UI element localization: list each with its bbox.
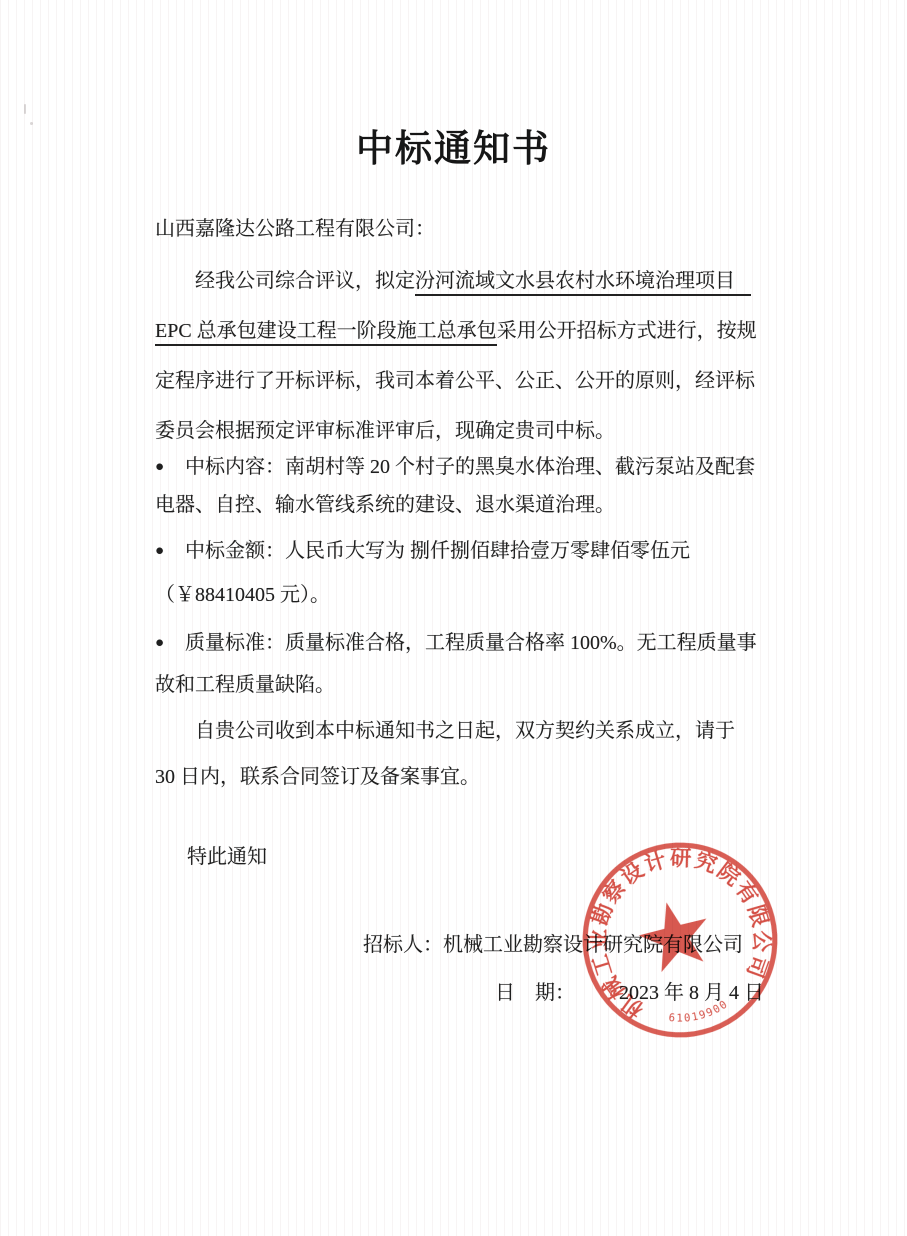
para1-line2-rest: 采用公开招标方式进行，按规 bbox=[497, 320, 757, 342]
bullet-quality-text: 质量标准：质量标准合格，工程质量合格率 100%。无工程质量事 bbox=[185, 632, 757, 654]
bullet-icon: ● bbox=[155, 628, 185, 658]
underlined-project-name: 汾河流域文水县农村水环境治理项目 bbox=[415, 270, 751, 296]
bullet-content-text: 中标内容：南胡村等 20 个村子的黑臭水体治理、截污泵站及配套 bbox=[185, 456, 755, 478]
document-page: 中标通知书 山西嘉隆达公路工程有限公司： 经我公司综合评议，拟定汾河流域文水县农… bbox=[0, 0, 907, 1236]
date-line: 日 期：2023 年 8 月 4 日 bbox=[495, 978, 764, 1008]
recipient-line: 山西嘉隆达公路工程有限公司： bbox=[155, 214, 435, 244]
bullet-amount-line2: （￥88410405 元）。 bbox=[155, 580, 330, 610]
para1-line2: EPC 总承包建设工程一阶段施工总承包采用公开招标方式进行，按规 bbox=[155, 316, 757, 346]
bullet-amount-text: 中标金额：人民币大写为 捌仟捌佰肆拾壹万零肆佰零伍元 bbox=[185, 540, 690, 562]
signer-label: 招标人： bbox=[363, 934, 443, 956]
bullet-content-line2: 电器、自控、输水管线系统的建设、退水渠道治理。 bbox=[155, 490, 615, 520]
date-label: 日 期： bbox=[495, 982, 575, 1004]
para1-lead: 经我公司综合评议，拟定 bbox=[195, 270, 415, 292]
scan-artifact bbox=[24, 104, 26, 114]
para2-line1: 自贵公司收到本中标通知书之日起，双方契约关系成立，请于 bbox=[155, 716, 735, 746]
para1-line3: 定程序进行了开标评标，我司本着公平、公正、公开的原则，经评标 bbox=[155, 366, 755, 396]
document-title: 中标通知书 bbox=[0, 118, 907, 172]
underlined-package-name: EPC 总承包建设工程一阶段施工总承包 bbox=[155, 320, 497, 346]
closing-phrase: 特此通知 bbox=[187, 842, 267, 872]
bullet-amount-line1: ●中标金额：人民币大写为 捌仟捌佰肆拾壹万零肆佰零伍元 bbox=[155, 536, 690, 566]
para1-line1: 经我公司综合评议，拟定汾河流域文水县农村水环境治理项目 bbox=[155, 266, 751, 296]
bullet-quality-line1: ●质量标准：质量标准合格，工程质量合格率 100%。无工程质量事 bbox=[155, 628, 757, 658]
bullet-icon: ● bbox=[155, 452, 185, 482]
bullet-quality-line2: 故和工程质量缺陷。 bbox=[155, 670, 335, 700]
signer-name: 机械工业勘察设计研究院有限公司 bbox=[443, 934, 743, 956]
signer-line: 招标人：机械工业勘察设计研究院有限公司 bbox=[363, 930, 743, 960]
bullet-icon: ● bbox=[155, 536, 185, 566]
date-value: 2023 年 8 月 4 日 bbox=[619, 982, 764, 1004]
bullet-content-line1: ●中标内容：南胡村等 20 个村子的黑臭水体治理、截污泵站及配套 bbox=[155, 452, 755, 482]
para2-line2: 30 日内，联系合同签订及备案事宜。 bbox=[155, 762, 480, 792]
para1-line4: 委员会根据预定评审标准评审后，现确定贵司中标。 bbox=[155, 416, 615, 446]
